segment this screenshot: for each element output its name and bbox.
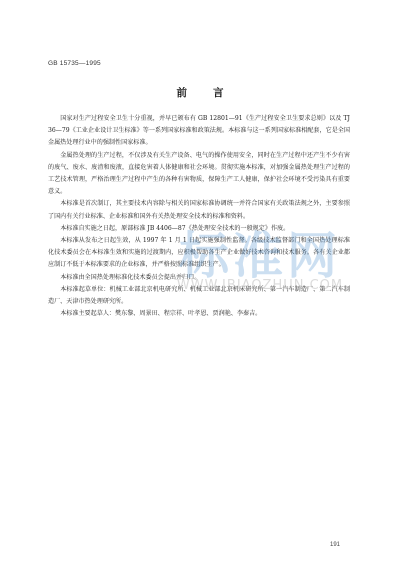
paragraph: 本标准起草单位：机械工业部北京机电研究所、机械工业部北京机床研究所、第一汽车制造… (48, 284, 350, 308)
standard-number: GB 15735—1995 (48, 60, 101, 67)
page-number: 191 (330, 542, 340, 548)
paragraph: 本标准主要起草人：樊东黎、周景田、程宗祥、叶孝恩、贾润艳、李秦吉。 (48, 308, 350, 320)
paragraph: 国家对生产过程安全卫生十分重视，并早已颁布有 GB 12801—91《生产过程安… (48, 113, 350, 150)
foreword-body: 国家对生产过程安全卫生十分重视，并早已颁布有 GB 12801—91《生产过程安… (48, 113, 350, 320)
paragraph: 金属热处理的生产过程，不仅涉及有关生产设备、电气的操作使用安全，同时在生产过程中… (48, 150, 350, 199)
paragraph: 本标准由全国热处理标准化技术委员会提出并归口。 (48, 272, 350, 284)
paragraph: 本标准自实施之日起，原部标准 JB 4406—87《热处理安全技术的一般规定》作… (48, 223, 350, 235)
paragraph: 本标准是首次制订，其主要技术内容除与相关的国家标准协调统一并符合国家有关政策法规… (48, 198, 350, 222)
paragraph: 本标准从发布之日起生效，从 1997 年 1 月 1 日起实施强制性监督。各级技… (48, 235, 350, 272)
page-title: 前言 (0, 85, 400, 100)
